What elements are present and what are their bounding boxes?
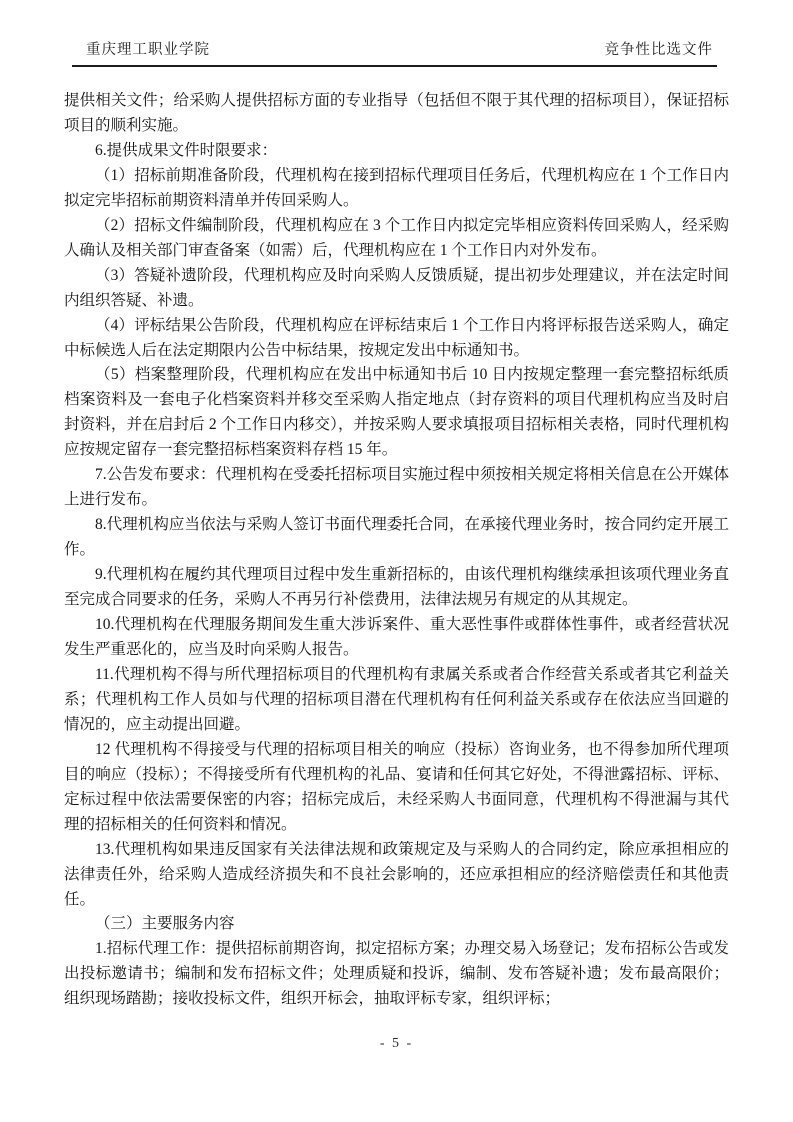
paragraph-stage-5: （5）档案整理阶段，代理机构应在发出中标通知书后 10 日内按规定整理一套完整招…: [64, 363, 729, 463]
paragraph-item-8: 8.代理机构应当依法与采购人签订书面代理委托合同，在承接代理业务时，按合同约定开…: [64, 513, 729, 563]
paragraph-item-7: 7.公告发布要求：代理机构在受委托招标项目实施过程中须按相关规定将相关信息在公开…: [64, 463, 729, 513]
paragraph-stage-1: （1）招标前期准备阶段，代理机构在接到招标代理项目任务后，代理机构应在 1 个工…: [64, 164, 729, 214]
paragraph-stage-4: （4）评标结果公告阶段，代理机构应在评标结束后 1 个工作日内将评标报告送采购人…: [64, 314, 729, 364]
page-footer: - 5 -: [0, 1034, 793, 1052]
paragraph-service-1: 1.招标代理工作：提供招标前期咨询，拟定招标方案；办理交易入场登记；发布招标公告…: [64, 937, 729, 1012]
document-body: 提供相关文件；给采购人提供招标方面的专业指导（包括但不限于其代理的招标项目），保…: [64, 89, 729, 1037]
header-org-title: 重庆理工职业学院: [86, 41, 210, 59]
paragraph-item-9: 9.代理机构在履约其代理项目过程中发生重新招标的，由该代理机构继续承担该项代理业…: [64, 563, 729, 613]
paragraph-item-6: 6.提供成果文件时限要求：: [64, 139, 729, 164]
page-number: - 5 -: [380, 1036, 413, 1051]
paragraph-item-11: 11.代理机构不得与所代理招标项目的代理机构有隶属关系或者合作经营关系或者其它利…: [64, 663, 729, 738]
header-doc-type: 竞争性比选文件: [605, 41, 714, 59]
paragraph-continuation: 提供相关文件；给采购人提供招标方面的专业指导（包括但不限于其代理的招标项目），保…: [64, 89, 729, 139]
paragraph-item-10: 10.代理机构在代理服务期间发生重大涉诉案件、重大恶性事件或群体性事件，或者经营…: [64, 613, 729, 663]
paragraph-item-12: 12 代理机构不得接受与代理的招标项目相关的响应（投标）咨询业务，也不得参加所代…: [64, 738, 729, 838]
paragraph-stage-2: （2）招标文件编制阶段，代理机构应在 3 个工作日内拟定完毕相应资料传回采购人，…: [64, 214, 729, 264]
paragraph-stage-3: （3）答疑补遗阶段，代理机构应及时向采购人反馈质疑，提出初步处理建议，并在法定时…: [64, 264, 729, 314]
paragraph-item-13: 13.代理机构如果违反国家有关法律法规和政策规定及与采购人的合同约定，除应承担相…: [64, 838, 729, 913]
document-page: 重庆理工职业学院 竞争性比选文件 提供相关文件；给采购人提供招标方面的专业指导（…: [0, 0, 793, 1122]
header-rule: [72, 65, 717, 67]
section-heading-3: （三）主要服务内容: [64, 912, 729, 937]
